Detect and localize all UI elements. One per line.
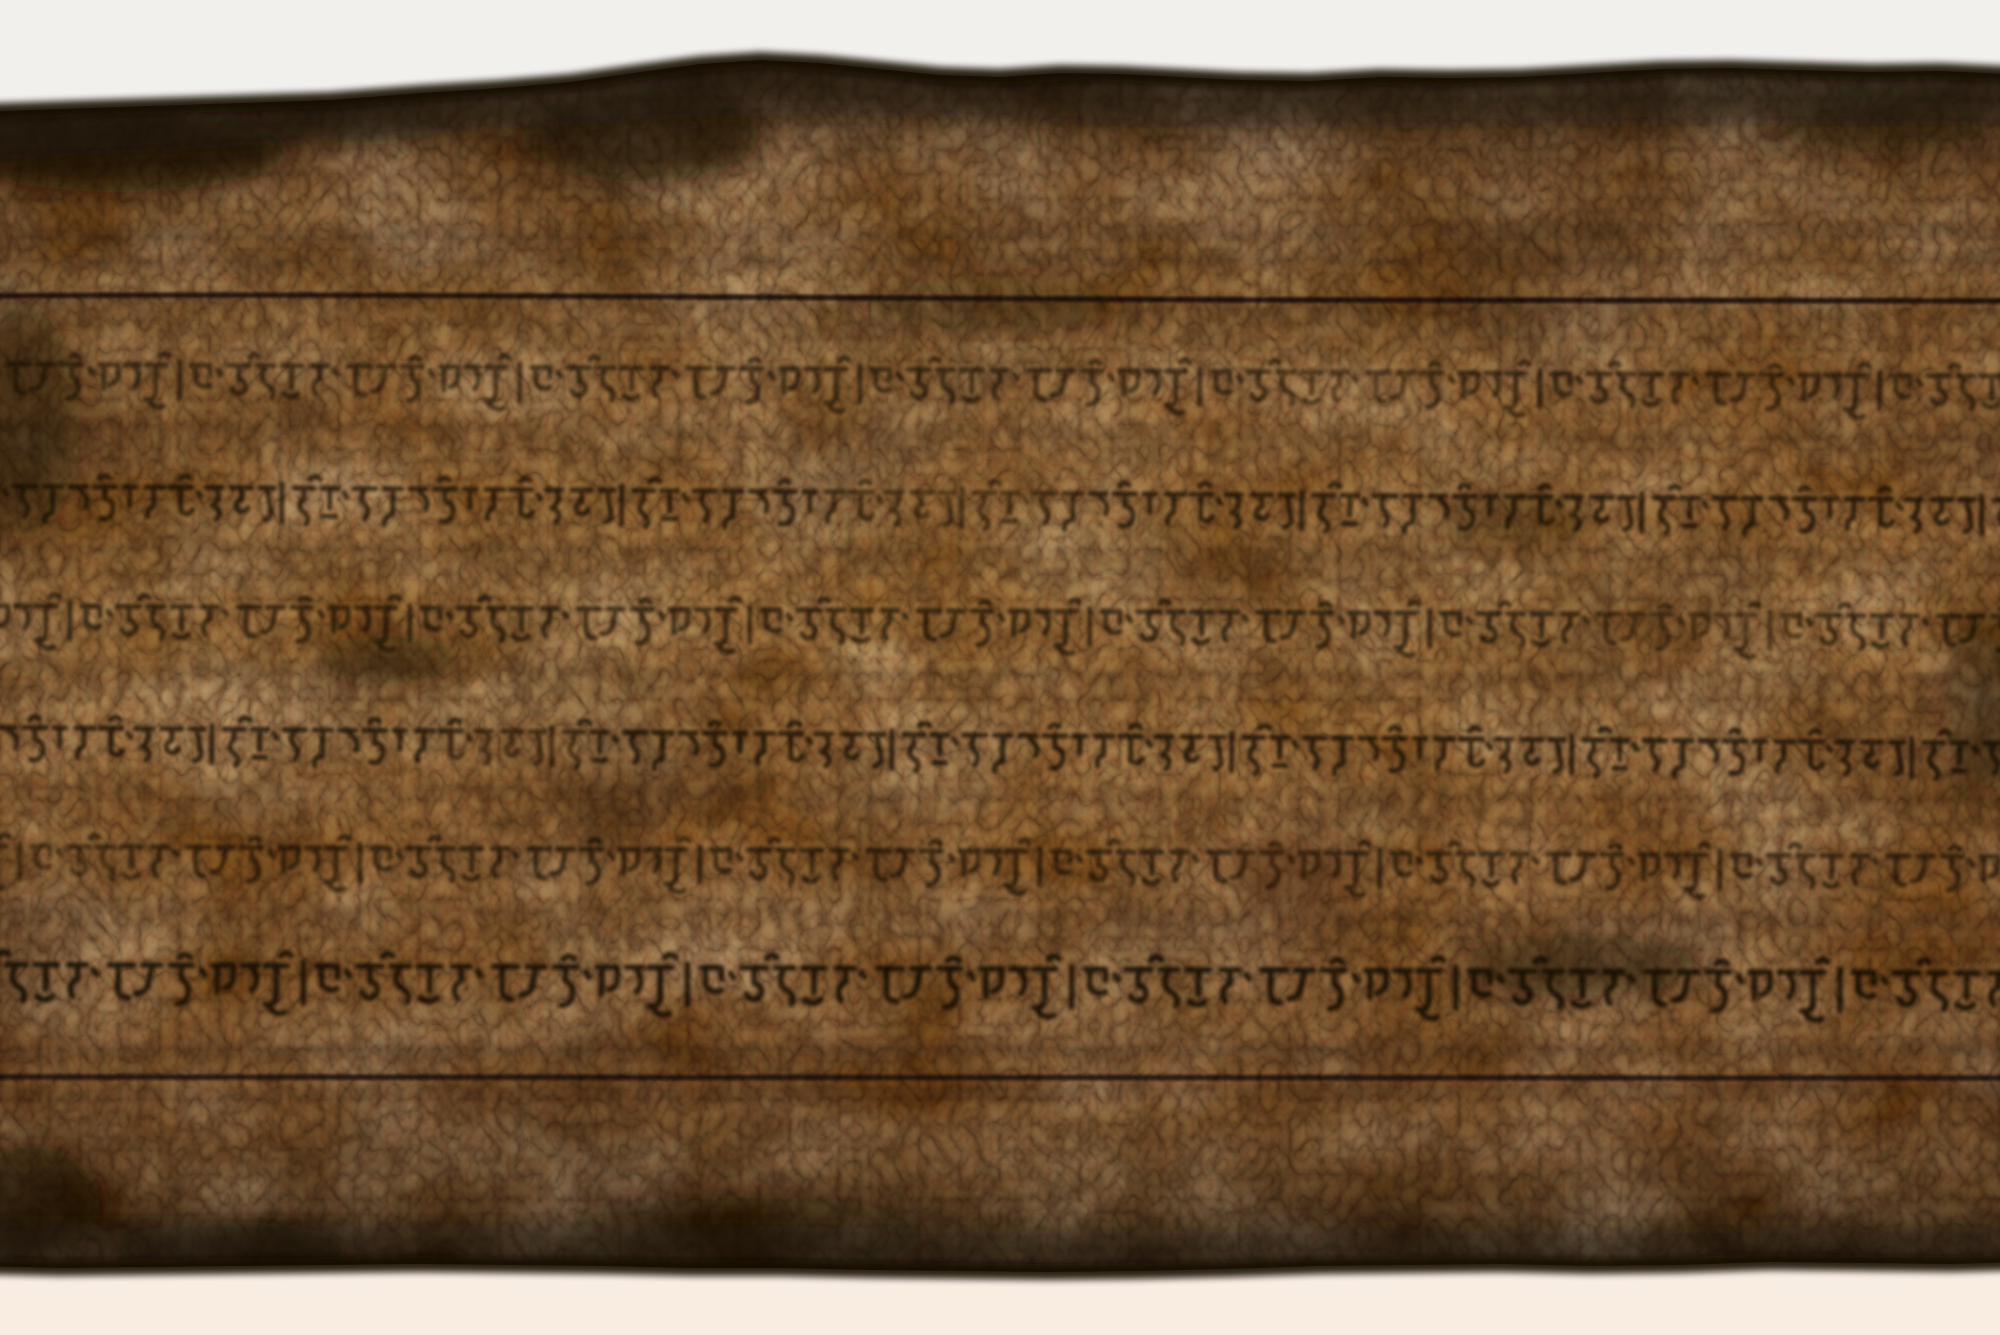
smudge-reddish <box>1230 834 1340 910</box>
manuscript-leaf <box>0 40 2000 1290</box>
photo-of-manuscript <box>0 0 2000 1335</box>
paper-grain <box>0 40 2000 1290</box>
manuscript-leaf-rendering <box>0 0 2000 1335</box>
bottom-edge-dark-band <box>0 1243 2000 1251</box>
